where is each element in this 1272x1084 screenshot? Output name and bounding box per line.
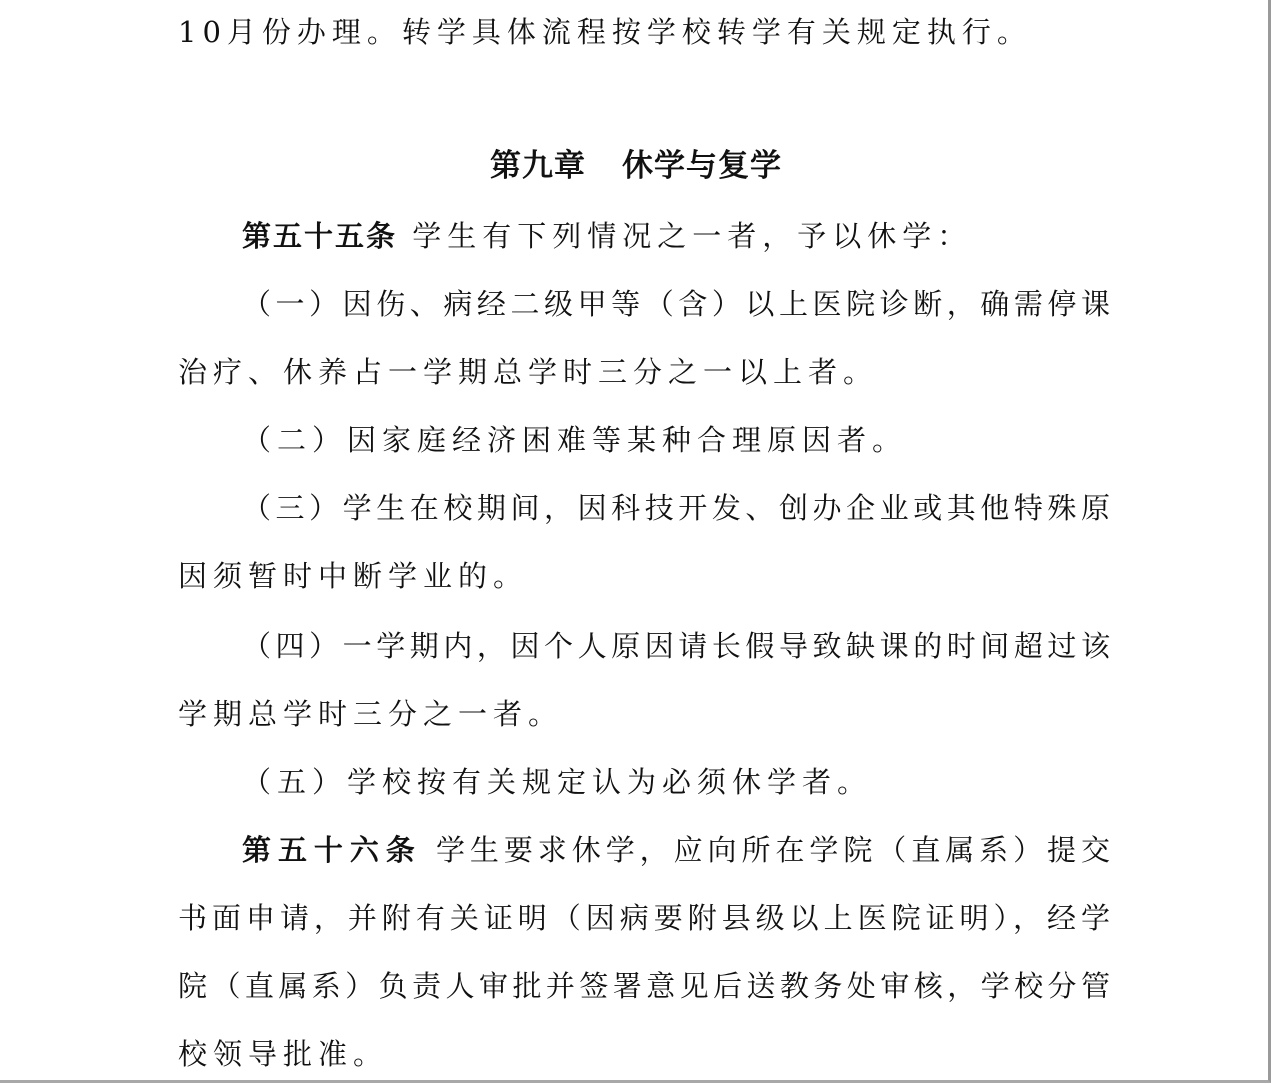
item-1-line-2: 治疗、休养占一学期总学时三分之一以上者。 — [178, 352, 1110, 392]
article-55-intro-text: 学生有下列情况之一者，予以休学： — [412, 219, 972, 253]
item-4-line-1: （四）一学期内，因个人原因请长假导致缺课的时间超过该 — [242, 626, 1110, 666]
chapter-title: 休学与复学 — [622, 148, 782, 184]
article-56-line-1: 第五十六条 学生要求休学，应向所在学院（直属系）提交 — [242, 830, 1110, 870]
item-2-line-1: （二）因家庭经济困难等某种合理原因者。 — [242, 420, 1110, 460]
article-55-label: 第五十五条 — [242, 219, 397, 253]
chapter-heading: 第九章休学与复学 — [0, 146, 1272, 186]
article-56-line-4: 校领导批准。 — [178, 1034, 1110, 1074]
item-3-line-1: （三）学生在校期间，因科技开发、创办企业或其他特殊原 — [242, 488, 1110, 528]
chapter-number: 第九章 — [490, 148, 586, 184]
article-56-line-3: 院（直属系）负责人审批并签署意见后送教务处审核，学校分管 — [178, 966, 1110, 1006]
article-55-intro: 第五十五条 学生有下列情况之一者，予以休学： — [242, 216, 1110, 256]
item-5-line-1: （五）学校按有关规定认为必须休学者。 — [242, 762, 1110, 802]
continuation-line: 10月份办理。转学具体流程按学校转学有关规定执行。 — [178, 12, 1110, 52]
document-page: 10月份办理。转学具体流程按学校转学有关规定执行。 第九章休学与复学 第五十五条… — [0, 0, 1271, 1083]
article-56-label: 第五十六条 — [242, 833, 422, 867]
item-3-line-2: 因须暂时中断学业的。 — [178, 556, 1110, 596]
item-4-line-2: 学期总学时三分之一者。 — [178, 694, 1110, 734]
article-56-line-2: 书面申请，并附有关证明（因病要附县级以上医院证明），经学 — [178, 898, 1110, 938]
item-1-line-1: （一）因伤、病经二级甲等（含）以上医院诊断，确需停课 — [242, 284, 1110, 324]
article-56-line-1-text: 学生要求休学，应向所在学院（直属系）提交 — [436, 833, 1110, 867]
